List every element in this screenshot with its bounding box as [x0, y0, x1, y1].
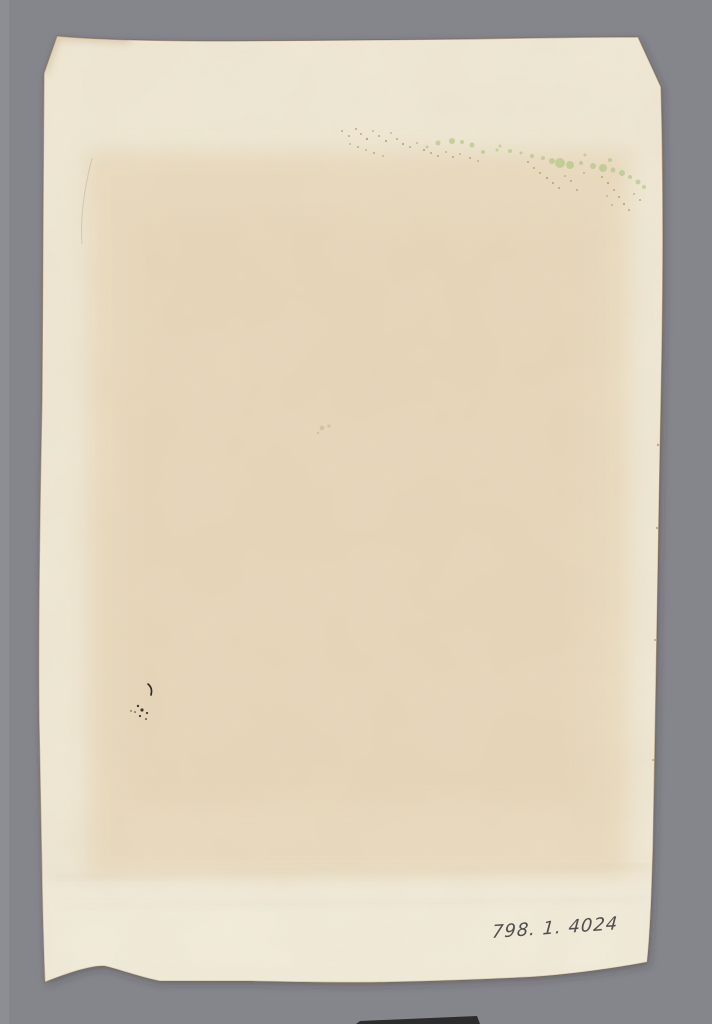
speck — [134, 711, 136, 713]
photo-canvas — [0, 0, 712, 1024]
speck — [601, 176, 603, 178]
speck — [470, 143, 475, 148]
speck — [619, 170, 625, 176]
speck — [541, 156, 545, 160]
speck — [607, 182, 609, 184]
speck — [530, 154, 534, 158]
speck — [341, 130, 343, 132]
speck — [382, 155, 384, 157]
speck — [436, 141, 441, 146]
speck — [639, 199, 641, 201]
speck — [583, 172, 585, 174]
paper-surface-details — [30, 25, 680, 1000]
speck — [477, 160, 479, 162]
speck — [416, 142, 418, 144]
speck — [145, 718, 147, 720]
speck — [576, 189, 578, 191]
speck — [613, 189, 615, 191]
speck — [642, 185, 646, 189]
speck — [546, 177, 548, 179]
speck — [555, 158, 565, 168]
speck — [139, 715, 141, 717]
speck — [496, 149, 499, 152]
speck — [527, 161, 529, 163]
speck — [385, 140, 387, 142]
speck — [469, 157, 471, 159]
speck — [566, 161, 574, 169]
speck — [656, 527, 658, 529]
speck — [636, 180, 641, 185]
speck — [355, 128, 357, 130]
speck — [654, 639, 656, 641]
speck — [633, 193, 635, 195]
speck — [357, 146, 359, 148]
speck — [590, 163, 596, 169]
speck — [533, 167, 535, 169]
speck — [366, 138, 368, 140]
speck — [628, 175, 632, 179]
speck — [426, 146, 429, 149]
speck — [372, 130, 374, 132]
speck — [360, 133, 362, 135]
speck — [396, 138, 398, 140]
speck — [373, 152, 375, 154]
speck — [552, 182, 554, 184]
speck — [599, 164, 607, 172]
speck — [499, 145, 502, 148]
speck — [348, 135, 350, 137]
speck — [570, 180, 572, 182]
speck — [378, 135, 380, 137]
speck — [652, 759, 654, 761]
speck — [520, 152, 523, 155]
speck — [430, 152, 432, 154]
speck — [558, 187, 560, 189]
speck — [657, 444, 659, 446]
speck — [579, 161, 583, 165]
speck — [317, 432, 319, 434]
speck — [628, 209, 630, 211]
speck — [460, 140, 464, 144]
speck — [539, 172, 541, 174]
speck — [437, 155, 439, 157]
speck — [508, 149, 512, 153]
speck — [608, 158, 612, 162]
speck — [349, 143, 351, 145]
speck — [618, 196, 620, 198]
speck — [137, 705, 139, 707]
speck — [409, 146, 411, 148]
speck — [459, 153, 461, 155]
speck — [423, 149, 425, 151]
speck — [481, 150, 485, 154]
speck — [327, 424, 330, 427]
speck — [623, 203, 625, 205]
photograph-of-paper-verso: 798. 1. 4024 — [0, 0, 712, 1024]
paper-grain — [30, 25, 680, 1000]
speck — [564, 175, 566, 177]
speck — [606, 195, 608, 197]
speck — [402, 143, 404, 145]
speck — [140, 708, 143, 711]
speck — [445, 151, 447, 153]
speck — [452, 156, 454, 158]
speck — [365, 149, 367, 151]
speck — [449, 138, 455, 144]
speck — [390, 132, 392, 134]
speck — [611, 168, 616, 173]
speck — [584, 154, 587, 157]
speck — [146, 712, 148, 714]
speck — [549, 158, 555, 164]
speck — [320, 426, 325, 431]
speck — [130, 710, 131, 711]
speck — [611, 204, 613, 206]
background-light-band — [0, 0, 9, 1024]
